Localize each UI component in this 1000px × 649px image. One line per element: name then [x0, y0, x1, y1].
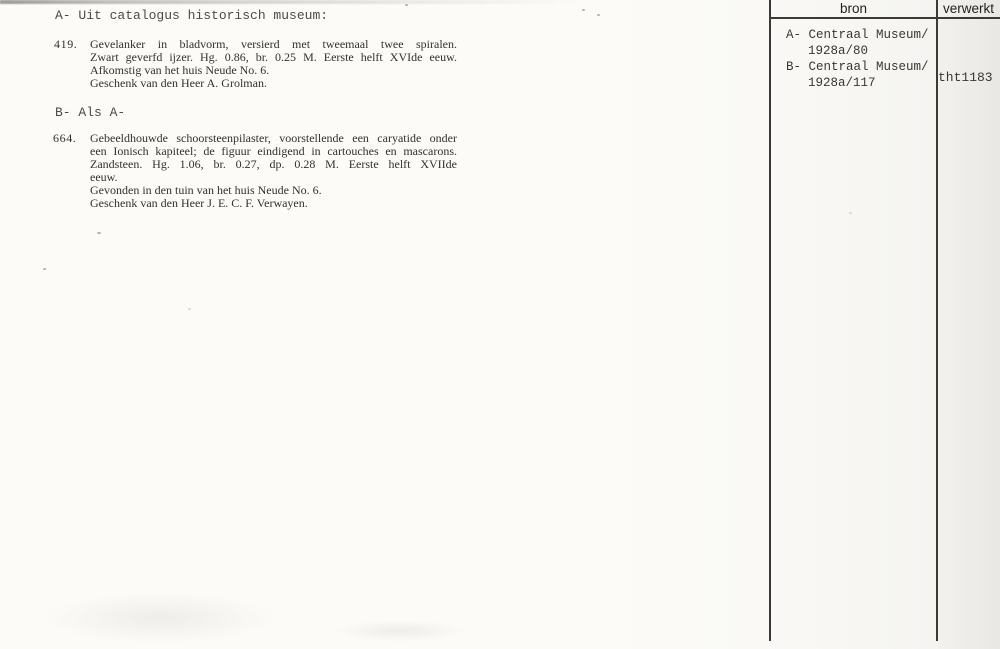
scanned-catalog-card: A- Uit catalogus historisch museum: 419.… — [0, 0, 1000, 649]
section-a-heading: A- Uit catalogus historisch museum: — [55, 9, 328, 22]
scan-speck — [188, 308, 191, 310]
bron-cell: A- Centraal Museum/ 1928a/80 B- Centraal… — [786, 27, 929, 91]
scan-right-edge-tint — [938, 0, 1000, 649]
scan-speck — [97, 232, 101, 234]
entry-line: Geschenk van den Heer J. E. C. F. Verway… — [90, 197, 457, 210]
entry-419-description: Gevelanker in bladvorm, versierd met twe… — [90, 38, 457, 90]
bron-source-line: 1928a/117 — [786, 75, 929, 91]
bron-column-header: bron — [771, 1, 936, 16]
entry-419-number: 419. — [54, 38, 77, 51]
scan-speck — [597, 14, 600, 16]
section-b-heading: B- Als A- — [55, 106, 125, 119]
entry-664-description: Gebeeldhouwde schoorsteenpilaster, voors… — [90, 132, 457, 210]
scan-top-edge-smudge — [0, 0, 580, 4]
scan-speck — [43, 268, 46, 270]
scan-bottom-smudge — [45, 592, 275, 644]
table-border-left — [769, 0, 771, 641]
scan-bottom-smudge — [335, 620, 465, 642]
bron-source-line: B- Centraal Museum/ — [786, 59, 929, 75]
scan-speck — [849, 212, 852, 214]
entry-664-number: 664. — [53, 132, 76, 145]
entry-line: Geschenk van den Heer A. Grolman. — [90, 77, 457, 90]
table-column-divider — [936, 0, 938, 641]
table-header-underline — [769, 17, 1000, 19]
verwerkt-code: tht1183 — [938, 70, 993, 85]
scan-speck — [405, 4, 408, 6]
entry-line: Zandsteen. Hg. 1.06, br. 0.27, dp. 0.28 … — [90, 158, 457, 171]
bron-source-line: A- Centraal Museum/ — [786, 27, 929, 43]
bron-source-line: 1928a/80 — [786, 43, 929, 59]
scan-speck — [582, 9, 585, 11]
verwerkt-column-header: verwerkt — [943, 1, 994, 16]
